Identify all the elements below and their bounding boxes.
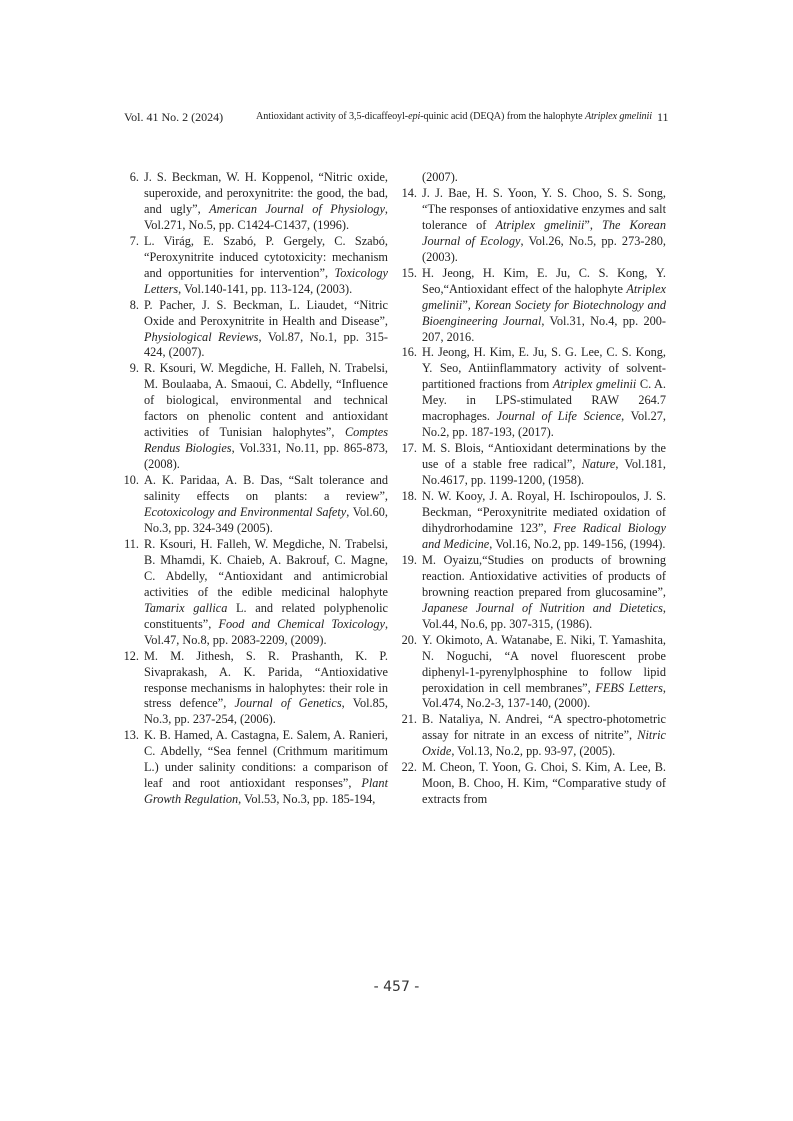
running-header: Vol. 41 No. 2 (2024) Antioxidant activit… <box>0 108 793 128</box>
reference-item: 9.R. Ksouri, W. Megdiche, H. Falleh, N. … <box>130 361 388 473</box>
reference-number: 14. <box>398 186 422 266</box>
reference-item: 22.M. Cheon, T. Yoon, G. Choi, S. Kim, A… <box>408 760 666 808</box>
reference-number: 17. <box>398 441 422 489</box>
reference-authors-title: A. K. Paridaa, A. B. Das, “Salt toleranc… <box>144 473 388 503</box>
reference-item: 8.P. Pacher, J. S. Beckman, L. Liaudet, … <box>130 298 388 362</box>
reference-item: 21.B. Nataliya, N. Andrei, “A spectro-ph… <box>408 712 666 760</box>
reference-text: M. Cheon, T. Yoon, G. Choi, S. Kim, A. L… <box>422 760 666 808</box>
reference-text: P. Pacher, J. S. Beckman, L. Liaudet, “N… <box>144 298 388 362</box>
reference-text: R. Ksouri, W. Megdiche, H. Falleh, N. Tr… <box>144 361 388 473</box>
reference-text: R. Ksouri, H. Falleh, W. Megdiche, N. Tr… <box>144 537 388 649</box>
journal-volume: Vol. 41 No. 2 (2024) <box>124 110 223 125</box>
reference-number: 18. <box>398 489 422 553</box>
reference-text: Y. Okimoto, A. Watanabe, E. Niki, T. Yam… <box>422 633 666 713</box>
reference-text: L. Virág, E. Szabó, P. Gergely, C. Szabó… <box>144 234 388 298</box>
reference-item: 6.J. S. Beckman, W. H. Koppenol, “Nitric… <box>130 170 388 234</box>
reference-number: 12. <box>120 649 144 729</box>
reference-item: 11.R. Ksouri, H. Falleh, W. Megdiche, N.… <box>130 537 388 649</box>
reference-text: H. Jeong, H. Kim, E. Ju, C. S. Kong, Y. … <box>422 266 666 346</box>
reference-text: J. J. Bae, H. S. Yoon, Y. S. Choo, S. S.… <box>422 186 666 266</box>
title-epi: epi <box>408 111 420 122</box>
reference-number: 13. <box>120 728 144 808</box>
reference-number: 16. <box>398 345 422 441</box>
journal-name: Physiological Reviews <box>144 330 258 344</box>
reference-text: H. Jeong, H. Kim, E. Ju, S. G. Lee, C. S… <box>422 345 666 441</box>
reference-mid: ”, <box>584 218 602 232</box>
reference-item: 19.M. Oyaizu,“Studies on products of bro… <box>408 553 666 633</box>
reference-number: 11. <box>120 537 144 649</box>
reference-number: 20. <box>398 633 422 713</box>
reference-details: , Vol.16, No.2, pp. 149-156, (1994). <box>489 537 665 551</box>
reference-item: 10.A. K. Paridaa, A. B. Das, “Salt toler… <box>130 473 388 537</box>
reference-authors-title: M. Cheon, T. Yoon, G. Choi, S. Kim, A. L… <box>422 760 666 806</box>
reference-number: 8. <box>120 298 144 362</box>
reference-number: 7. <box>120 234 144 298</box>
reference-item: 14.J. J. Bae, H. S. Yoon, Y. S. Choo, S.… <box>408 186 666 266</box>
reference-item: 17.M. S. Blois, “Antioxidant determinati… <box>408 441 666 489</box>
reference-mid: ”, <box>462 298 474 312</box>
reference-item: 13.K. B. Hamed, A. Castagna, E. Salem, A… <box>130 728 388 808</box>
header-page-number: 11 <box>657 110 669 125</box>
journal-name: Journal of Life Science <box>497 409 622 423</box>
reference-authors-title: K. B. Hamed, A. Castagna, E. Salem, A. R… <box>144 728 388 790</box>
reference-authors-title: B. Nataliya, N. Andrei, “A spectro-photo… <box>422 712 666 742</box>
reference-text: B. Nataliya, N. Andrei, “A spectro-photo… <box>422 712 666 760</box>
page-footer: - 457 - <box>0 979 793 995</box>
reference-text: M. Oyaizu,“Studies on products of browni… <box>422 553 666 633</box>
journal-name: Japanese Journal of Nutrition and Dietet… <box>422 601 663 615</box>
reference-text: A. K. Paridaa, A. B. Das, “Salt toleranc… <box>144 473 388 537</box>
journal-name: Ecotoxicology and Environmental Safety <box>144 505 346 519</box>
reference-number: 19. <box>398 553 422 633</box>
reference-text: J. S. Beckman, W. H. Koppenol, “Nitric o… <box>144 170 388 234</box>
journal-name: American Journal of Physiology <box>209 202 385 216</box>
title-part: Antioxidant activity of 3,5-dicaffeoyl- <box>256 111 408 122</box>
running-title: Antioxidant activity of 3,5-dicaffeoyl-e… <box>256 111 652 122</box>
species-name: Tamarix gallica <box>144 601 227 615</box>
journal-name: Nature <box>582 457 616 471</box>
reference-authors-title: M. Oyaizu,“Studies on products of browni… <box>422 553 666 599</box>
title-part: -quinic acid (DEQA) from the halophyte <box>420 111 585 122</box>
reference-text: M. M. Jithesh, S. R. Prashanth, K. P. Si… <box>144 649 388 729</box>
reference-item: 18.N. W. Kooy, J. A. Royal, H. Ischiropo… <box>408 489 666 553</box>
title-species: Atriplex gmelinii <box>585 111 652 122</box>
reference-number: 9. <box>120 361 144 473</box>
reference-number: 22. <box>398 760 422 808</box>
species-name: Atriplex gmelinii <box>495 218 584 232</box>
reference-item: 12.M. M. Jithesh, S. R. Prashanth, K. P.… <box>130 649 388 729</box>
journal-name: Food and Chemical Toxicology <box>218 617 385 631</box>
reference-item: 7.L. Virág, E. Szabó, P. Gergely, C. Sza… <box>130 234 388 298</box>
reference-item: 20.Y. Okimoto, A. Watanabe, E. Niki, T. … <box>408 633 666 713</box>
reference-number: 21. <box>398 712 422 760</box>
reference-number: 10. <box>120 473 144 537</box>
journal-name: FEBS Letters <box>595 681 663 695</box>
reference-item: 15.H. Jeong, H. Kim, E. Ju, C. S. Kong, … <box>408 266 666 346</box>
reference-text: K. B. Hamed, A. Castagna, E. Salem, A. R… <box>144 728 388 808</box>
reference-details: , Vol.13, No.2, pp. 93-97, (2005). <box>451 744 615 758</box>
reference-text: N. W. Kooy, J. A. Royal, H. Ischiropoulo… <box>422 489 666 553</box>
species-name: Atriplex gmelinii <box>553 377 636 391</box>
reference-number: 6. <box>120 170 144 234</box>
reference-text: M. S. Blois, “Antioxidant determinations… <box>422 441 666 489</box>
reference-item: 16.H. Jeong, H. Kim, E. Ju, S. G. Lee, C… <box>408 345 666 441</box>
reference-continuation: (2007). <box>408 170 666 186</box>
reference-authors-title: P. Pacher, J. S. Beckman, L. Liaudet, “N… <box>144 298 388 328</box>
references-right-column: (2007). 14.J. J. Bae, H. S. Yoon, Y. S. … <box>408 170 666 808</box>
references-left-column: 6.J. S. Beckman, W. H. Koppenol, “Nitric… <box>130 170 388 808</box>
reference-details: , Vol.140-141, pp. 113-124, (2003). <box>178 282 352 296</box>
reference-number: 15. <box>398 266 422 346</box>
reference-details: , Vol.53, No.3, pp. 185-194, <box>238 792 375 806</box>
journal-name: Journal of Genetics <box>234 696 341 710</box>
reference-authors-title: R. Ksouri, H. Falleh, W. Megdiche, N. Tr… <box>144 537 388 599</box>
